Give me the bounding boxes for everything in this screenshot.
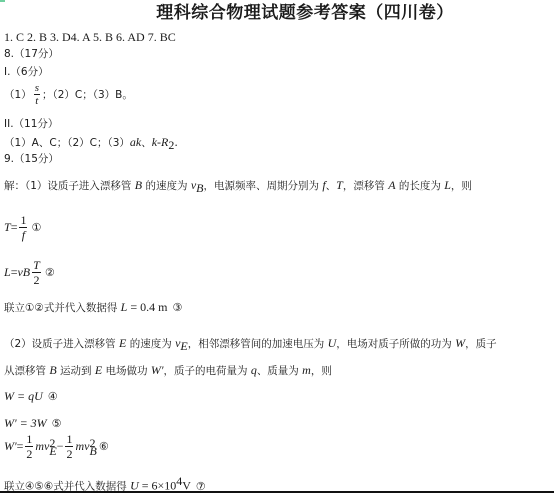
- q8-part2-header-text: II.（11分）: [4, 118, 58, 130]
- q9-solution2-intro-line1: （2）设质子进入漂移管 E 的速度为 vE，相邻漂移管间的加速电压为 U，电场对…: [4, 336, 497, 353]
- result-1: 联立①②式并代入数据得 L = 0.4 m ③: [4, 300, 182, 315]
- text: （2）设质子进入漂移管: [4, 338, 119, 350]
- fraction-denominator: t: [34, 95, 40, 107]
- page-title: 理科综合物理试题参考答案（四川卷）: [0, 2, 554, 24]
- text: ，质子的电荷量为: [163, 365, 250, 377]
- equation-number-2: ②: [45, 266, 55, 279]
- q8-part1-header-text: I.（6分）: [4, 66, 49, 78]
- fraction-1-over-f: 1 f: [19, 213, 27, 242]
- q9-solution2-intro-line2: 从漂移管 B 运动到 E 电场做功 W'，质子的电荷量为 q、质量为 m，则: [4, 363, 332, 378]
- equation-number-5: ⑤: [52, 417, 62, 430]
- text: 从漂移管: [4, 365, 49, 377]
- var-W-prime: W': [151, 363, 164, 377]
- q8-part2-answer: （1）A、C；（2）C；（3）ak、k-R2.: [4, 135, 178, 152]
- subscript-B: B: [23, 265, 30, 280]
- fraction-half-2: 1 2: [65, 432, 73, 461]
- q9-header-text: 9.（15分）: [4, 153, 59, 165]
- subscript-E: E: [180, 339, 187, 353]
- fraction-half-1: 1 2: [25, 432, 33, 461]
- text: 解：（1）设质子进入漂移管: [4, 180, 135, 192]
- equation-1: T = 1 f ①: [4, 213, 41, 242]
- eq6-lhs: W': [4, 439, 17, 454]
- text: 、: [326, 180, 337, 192]
- equals: =: [11, 220, 18, 235]
- equals: =: [11, 265, 18, 280]
- separator: 、: [141, 137, 152, 149]
- fraction-s-over-t: s t: [34, 82, 40, 107]
- text: 的速度为: [142, 180, 191, 192]
- text: ，则: [311, 365, 332, 377]
- text: ，质子: [465, 338, 497, 350]
- q8-header: 8.（17分）: [4, 47, 59, 61]
- equation-number-1: ①: [31, 221, 41, 234]
- text: 、质量为: [257, 365, 302, 377]
- text: ，则: [451, 180, 472, 192]
- equation-4: W = qU ④: [4, 389, 58, 404]
- q8-part1-header: I.（6分）: [4, 65, 49, 79]
- q8-part1-answer: （1） s t ；（2）C；（3）B。: [4, 82, 133, 107]
- text: 的长度为: [396, 180, 445, 192]
- term-mv: mv: [35, 439, 49, 454]
- equation-6: W' = 1 2 mv 2 E − 1 2 mv 2 B ⑥: [4, 432, 109, 461]
- fraction-numerator: 1: [25, 432, 33, 447]
- text: ，电场对质子所做的功为: [336, 338, 455, 350]
- fraction-denominator: 2: [32, 273, 41, 287]
- var-W: W: [455, 336, 465, 350]
- var-m: m: [302, 363, 311, 377]
- sup-sub-B: 2 B: [89, 439, 96, 455]
- text: 运动到: [57, 365, 95, 377]
- q8-part2-header: II.（11分）: [4, 117, 58, 131]
- text: ，漂移管: [343, 180, 388, 192]
- eq1-lhs: T: [4, 220, 11, 235]
- text: 电场做功: [102, 365, 151, 377]
- text: ，电源频率、周期分别为: [203, 180, 322, 192]
- text: ，相邻漂移管间的加速电压为: [188, 338, 328, 350]
- eq5-rhs: = 3W: [17, 416, 50, 430]
- equation-number-3: ③: [172, 301, 182, 314]
- eq5-lhs: W': [4, 416, 17, 430]
- equation-5: W' = 3W ⑤: [4, 416, 62, 431]
- q9-solution1-intro: 解：（1）设质子进入漂移管 B 的速度为 vB，电源频率、周期分别为 f、T，漂…: [4, 178, 472, 195]
- period: .: [174, 136, 178, 149]
- text: 的速度为: [126, 338, 175, 350]
- text: 联立①②式并代入数据得: [4, 302, 121, 314]
- var-B: B: [49, 363, 56, 377]
- answer-k-minus-r: k-R: [152, 135, 169, 149]
- subscript-E: E: [49, 447, 56, 455]
- equation-number-4: ④: [48, 390, 58, 403]
- equals: =: [17, 439, 24, 454]
- var-A: A: [388, 178, 395, 192]
- fraction-numerator: T: [32, 258, 41, 273]
- eq4-rhs: = qU: [14, 389, 46, 403]
- value: = 0.4 m: [127, 300, 170, 314]
- var-T: T: [336, 178, 343, 192]
- subscript-B: B: [89, 447, 96, 455]
- fraction-T-over-2: T 2: [32, 258, 41, 287]
- eq2-lhs: L: [4, 265, 11, 280]
- q8-header-text: 8.（17分）: [4, 48, 59, 60]
- term-mv: mv: [75, 439, 89, 454]
- fraction-numerator: 1: [19, 213, 27, 228]
- multiple-choice-answers: 1. C 2. B 3. D4. A 5. B 6. AD 7. BC: [4, 30, 176, 44]
- var-L: L: [444, 178, 451, 192]
- fraction-denominator: f: [19, 228, 27, 242]
- q8-part1-label: （1）: [4, 87, 32, 102]
- fraction-numerator: 1: [65, 432, 73, 447]
- sup-sub-E: 2 E: [49, 439, 56, 455]
- q9-header: 9.（15分）: [4, 152, 59, 166]
- q8-part2-prefix: （1）A、C；（2）C；（3）: [4, 137, 130, 149]
- minus: −: [57, 439, 64, 454]
- eq4-lhs: W: [4, 389, 14, 403]
- fraction-denominator: 2: [65, 447, 73, 461]
- fraction-denominator: 2: [25, 447, 33, 461]
- bottom-rule: [0, 491, 554, 493]
- var-U: U: [328, 336, 337, 350]
- fraction-numerator: s: [34, 82, 40, 95]
- answer-ak: ak: [130, 135, 141, 149]
- equation-number-6: ⑥: [99, 440, 109, 453]
- q8-part1-rest: ；（2）C；（3）B。: [42, 87, 133, 102]
- equation-2: L = vB T 2 ②: [4, 258, 55, 287]
